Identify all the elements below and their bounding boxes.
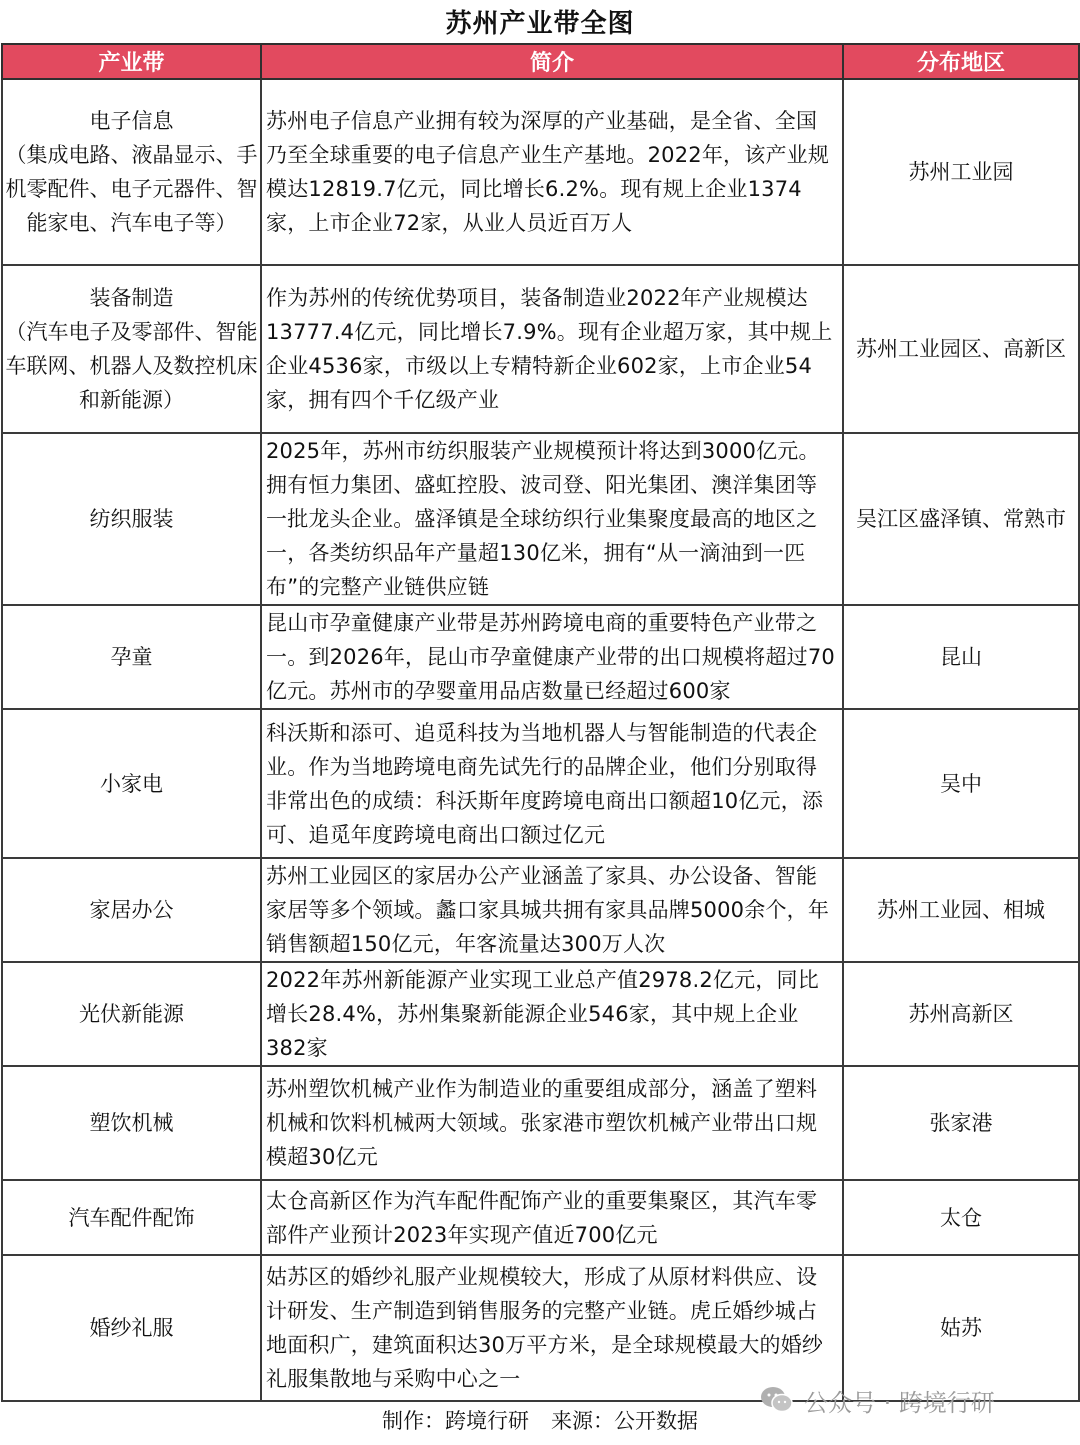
table-header-row: 产业带 简介 分布地区 (2, 44, 1079, 79)
intro-cell: 科沃斯和添可、追觅科技为当地机器人与智能制造的代表企业。作为当地跨境电商先试先行… (261, 709, 843, 858)
page-title: 苏州产业带全图 (0, 0, 1080, 43)
table-row: 光伏新能源 2022年苏州新能源产业实现工业总产值2978.2亿元，同比增长28… (2, 962, 1079, 1066)
intro-cell: 苏州工业园区的家居办公产业涵盖了家具、办公设备、智能家居等多个领域。蠡口家具城共… (261, 858, 843, 962)
column-header-band: 产业带 (2, 44, 261, 79)
footer-source: 来源：公开数据 (551, 1405, 698, 1435)
band-cell: 光伏新能源 (2, 962, 261, 1066)
intro-cell: 苏州电子信息产业拥有较为深厚的产业基础，是全省、全国乃至全球重要的电子信息产业生… (261, 79, 843, 265)
intro-cell: 太仓高新区作为汽车配件配饰产业的重要集聚区，其汽车零部件产业预计2023年实现产… (261, 1180, 843, 1255)
band-cell: 孕童 (2, 605, 261, 709)
band-cell: 电子信息 （集成电路、液晶显示、手机零配件、电子元器件、智能家电、汽车电子等） (2, 79, 261, 265)
region-cell: 昆山 (843, 605, 1079, 709)
band-cell: 塑饮机械 (2, 1066, 261, 1180)
table-row: 孕童 昆山市孕童健康产业带是苏州跨境电商的重要特色产业带之一。到2026年，昆山… (2, 605, 1079, 709)
intro-cell: 作为苏州的传统优势项目，装备制造业2022年产业规模达13777.4亿元，同比增… (261, 265, 843, 433)
intro-cell: 姑苏区的婚纱礼服产业规模较大，形成了从原材料供应、设计研发、生产制造到销售服务的… (261, 1255, 843, 1401)
band-cell: 小家电 (2, 709, 261, 858)
table-row: 装备制造 （汽车电子及零部件、智能车联网、机器人及数控机床和新能源） 作为苏州的… (2, 265, 1079, 433)
table-row: 汽车配件配饰 太仓高新区作为汽车配件配饰产业的重要集聚区，其汽车零部件产业预计2… (2, 1180, 1079, 1255)
band-detail: （汽车电子及零部件、智能车联网、机器人及数控机床和新能源） (5, 315, 258, 417)
region-cell: 张家港 (843, 1066, 1079, 1180)
intro-cell: 2025年，苏州市纺织服装产业规模预计将达到3000亿元。拥有恒力集团、盛虹控股… (261, 433, 843, 605)
region-cell: 吴江区盛泽镇、常熟市 (843, 433, 1079, 605)
column-header-intro: 简介 (261, 44, 843, 79)
band-name: 电子信息 (5, 104, 258, 138)
band-cell: 纺织服装 (2, 433, 261, 605)
region-cell: 苏州工业园、相城 (843, 858, 1079, 962)
region-cell: 苏州工业园 (843, 79, 1079, 265)
region-cell: 苏州高新区 (843, 962, 1079, 1066)
region-cell: 吴中 (843, 709, 1079, 858)
band-cell: 婚纱礼服 (2, 1255, 261, 1401)
footer: 制作：跨境行研 来源：公开数据 (0, 1400, 1080, 1440)
table-row: 小家电 科沃斯和添可、追觅科技为当地机器人与智能制造的代表企业。作为当地跨境电商… (2, 709, 1079, 858)
footer-made-by: 制作：跨境行研 (382, 1405, 529, 1435)
band-cell: 家居办公 (2, 858, 261, 962)
band-cell: 装备制造 （汽车电子及零部件、智能车联网、机器人及数控机床和新能源） (2, 265, 261, 433)
band-name: 装备制造 (5, 281, 258, 315)
intro-cell: 2022年苏州新能源产业实现工业总产值2978.2亿元，同比增长28.4%，苏州… (261, 962, 843, 1066)
column-header-region: 分布地区 (843, 44, 1079, 79)
region-cell: 苏州工业园区、高新区 (843, 265, 1079, 433)
band-cell: 汽车配件配饰 (2, 1180, 261, 1255)
table-row: 家居办公 苏州工业园区的家居办公产业涵盖了家具、办公设备、智能家居等多个领域。蠡… (2, 858, 1079, 962)
table-row: 塑饮机械 苏州塑饮机械产业作为制造业的重要组成部分，涵盖了塑料机械和饮料机械两大… (2, 1066, 1079, 1180)
band-detail: （集成电路、液晶显示、手机零配件、电子元器件、智能家电、汽车电子等） (5, 138, 258, 240)
intro-cell: 苏州塑饮机械产业作为制造业的重要组成部分，涵盖了塑料机械和饮料机械两大领域。张家… (261, 1066, 843, 1180)
table-row: 电子信息 （集成电路、液晶显示、手机零配件、电子元器件、智能家电、汽车电子等） … (2, 79, 1079, 265)
table-row: 纺织服装 2025年，苏州市纺织服装产业规模预计将达到3000亿元。拥有恒力集团… (2, 433, 1079, 605)
region-cell: 太仓 (843, 1180, 1079, 1255)
industry-table: 产业带 简介 分布地区 电子信息 （集成电路、液晶显示、手机零配件、电子元器件、… (1, 43, 1080, 1402)
intro-cell: 昆山市孕童健康产业带是苏州跨境电商的重要特色产业带之一。到2026年，昆山市孕童… (261, 605, 843, 709)
